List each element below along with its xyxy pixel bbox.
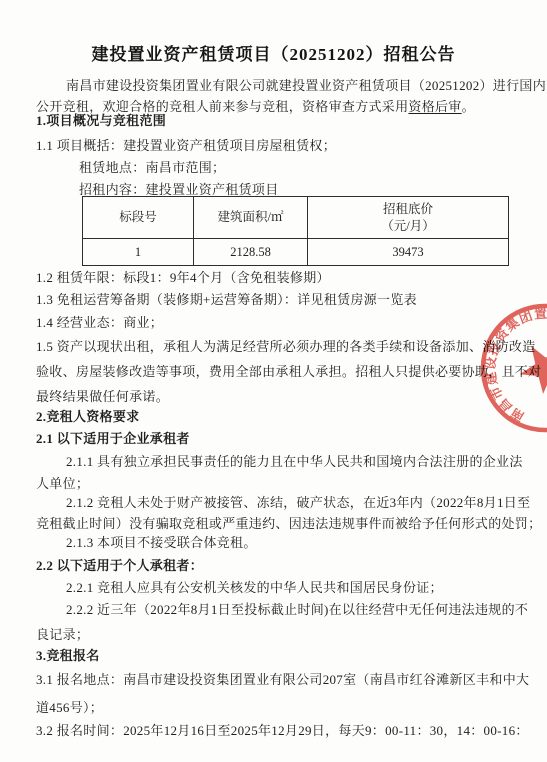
clause-222-line-2: 良记录； <box>36 625 89 645</box>
base-price-cell: 39473 <box>308 239 509 266</box>
base-price-header: 招租底价（元/月） <box>308 197 509 239</box>
company-seal: 南昌市建设投资集团置业有限公司 36 <box>460 283 547 453</box>
as-is-clause-line-3: 最终结果做任何承诺。 <box>36 387 169 407</box>
enterprise-subheading: 2.1 以下适用于企业承租者 <box>36 429 190 449</box>
base-price-header-line2: （元/月） <box>308 218 508 235</box>
star-icon <box>510 333 547 399</box>
document-page: 建投置业资产租赁项目（20251202）招租公告 南昌市建设投资集团置业有限公司… <box>0 0 547 762</box>
document-title: 建投置业资产租赁项目（20251202）招租公告 <box>0 40 547 65</box>
registration-time-line: 3.2 报名时间：2025年12月16日至2025年12月29日，每天9：00-… <box>36 721 529 741</box>
building-area-cell: 2128.58 <box>194 239 308 266</box>
building-area-header: 建筑面积/㎡ <box>194 197 308 239</box>
clause-211-line-2: 人单位； <box>36 474 89 494</box>
base-price-header-line1: 招租底价 <box>308 201 508 218</box>
section3-heading: 3.竞租报名 <box>36 646 100 666</box>
clause-212-line-1: 2.1.2 竞租人未处于财产被接管、冻结，破产状态，在近3年内（2022年8月1… <box>66 493 530 513</box>
intro-line-2-end: 。 <box>462 99 475 114</box>
section1-heading: 1.项目概况与竞租范围 <box>36 111 166 131</box>
clause-211-line-1: 2.1.1 具有独立承担民事责任的能力且在中华人民共和国境内合法注册的企业法 <box>66 452 523 472</box>
clause-221-line: 2.2.1 竞租人应具有公安机关核发的中华人民共和国居民身份证； <box>66 578 443 598</box>
lot-number-cell: 1 <box>83 239 194 266</box>
lot-table: 标段号 建筑面积/㎡ 招租底价（元/月） 1 2128.58 39473 <box>82 196 509 266</box>
lot-table-data-row: 1 2128.58 39473 <box>83 239 509 266</box>
clause-212-line-2: 竞租截止时间）没有骗取竞租或严重违约、因违法违规事件而被给予任何形式的处罚； <box>36 514 541 534</box>
rent-free-period-line: 1.3 免租运营筹备期（装修期+运营筹备期）：详见租赁房源一览表 <box>36 290 417 310</box>
lot-number-header: 标段号 <box>83 197 194 239</box>
section2-heading: 2.竞租人资格要求 <box>36 407 139 427</box>
registration-address-line-1: 3.1 报名地点：南昌市建设投资集团置业有限公司207室（南昌市红谷滩新区丰和中… <box>36 670 529 690</box>
lease-location-line: 租赁地点：南昌市范围； <box>79 158 225 178</box>
clause-222-line-1: 2.2.2 近三年（2022年8月1日至投标截止时间)在以往经营中无任何违法违规… <box>66 600 528 620</box>
intro-line-1: 南昌市建设投资集团置业有限公司就建投置业资产租赁项目（20251202）进行国内 <box>66 76 546 96</box>
lot-table-header-row: 标段号 建筑面积/㎡ 招租底价（元/月） <box>83 197 509 239</box>
individual-subheading: 2.2 以下适用于个人承租者： <box>36 556 203 576</box>
qualification-review-underlined: 资格后审 <box>408 99 461 114</box>
clause-213-line: 2.1.3 本项目不接受联合体竞租。 <box>66 533 257 553</box>
lease-term-line: 1.2 租赁年限：标段1：9年4个月（含免租装修期） <box>36 268 330 288</box>
registration-address-line-2: 道456号）； <box>36 698 103 718</box>
business-type-line: 1.4 经营业态：商业； <box>36 313 163 333</box>
project-overview-line: 1.1 项目概括：建投置业资产租赁项目房屋租赁权； <box>36 136 336 156</box>
